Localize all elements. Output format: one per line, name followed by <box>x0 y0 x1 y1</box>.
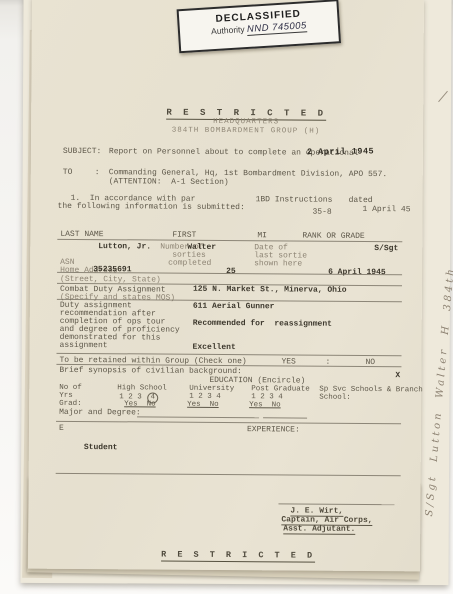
duty-label-line: assignment <box>60 341 108 350</box>
sorties-completed-value: 25 <box>226 267 236 276</box>
major-degree-blank <box>137 416 259 418</box>
synopsis-mark: X <box>395 371 400 380</box>
para-instructions: 1BD Instructions <box>256 195 333 205</box>
para-continuation: the following information is submitted: <box>58 202 245 212</box>
col-mi: MI <box>257 231 267 240</box>
edu-grad-university: Yes No <box>187 401 219 410</box>
form-rule <box>56 421 401 424</box>
signature-title-text: Asst. Adjutant. <box>283 524 355 535</box>
authority-number: NND 745005 <box>247 20 308 36</box>
date-label-3: shown here <box>254 259 302 268</box>
major-degree-label: Major and Degree: <box>59 408 141 418</box>
home-address-value: 125 N. Market St., Minerva, Ohio <box>193 285 347 295</box>
sorties-label-3: completed <box>168 259 211 268</box>
attention-line: (ATTENTION: A-1 Section) <box>109 177 229 187</box>
edu-grad-post-graduate: Yes No <box>249 401 281 410</box>
recommendation-value: Recommended for reassignment <box>193 319 332 329</box>
subject-label: SUBJECT: <box>63 147 101 156</box>
classification-footer: R E S T R I C T E D <box>43 543 433 564</box>
authority-label: Authority <box>211 24 247 36</box>
para-dated: dated <box>349 196 373 205</box>
col-rank: RANK OR GRADE <box>302 232 364 241</box>
received-date-stamp: 2 April 1945 <box>307 147 374 157</box>
to-label: TO <box>63 168 73 177</box>
proficiency-value: Excellent <box>193 343 236 352</box>
classification-footer-text: R E S T R I C T E D <box>161 550 315 563</box>
last-sortie-date-value: 6 April 1945 <box>328 268 386 277</box>
synopsis-label: Brief synopsis of civilian background: <box>59 366 241 376</box>
experience-e-label: E <box>59 424 64 433</box>
signature-title: Asst. Adjutant. <box>283 524 355 535</box>
instruction-number: 35-8 <box>312 208 331 217</box>
group-line: 384TH BOMBARDMENT GROUP (H) <box>51 126 441 137</box>
signature-rule <box>278 503 394 505</box>
rank-value: S/Sgt <box>374 244 398 253</box>
instruction-date: 1 April 45 <box>362 205 410 214</box>
major-degree-blank <box>263 417 307 418</box>
scanned-document-photo: S/Sgt Lutton Walter H 384th DECLASSIFIED… <box>0 0 453 594</box>
last-name-value: Lutton, Jr. <box>98 242 151 251</box>
mos-value: 611 Aerial Gunner <box>193 302 275 312</box>
declassified-stamp: DECLASSIFIED Authority NND 745005 <box>177 0 341 53</box>
form-rule <box>56 473 401 476</box>
to-separator: : <box>95 168 100 177</box>
edu-school-label: School: <box>319 394 351 403</box>
experience-value: Student <box>84 443 118 452</box>
experience-title: EXPERIENCE: <box>247 425 300 434</box>
col-last-name: LAST NAME <box>60 230 103 239</box>
document-page: DECLASSIFIED Authority NND 745005 R E S … <box>28 0 424 571</box>
col-first: FIRST <box>172 231 196 240</box>
